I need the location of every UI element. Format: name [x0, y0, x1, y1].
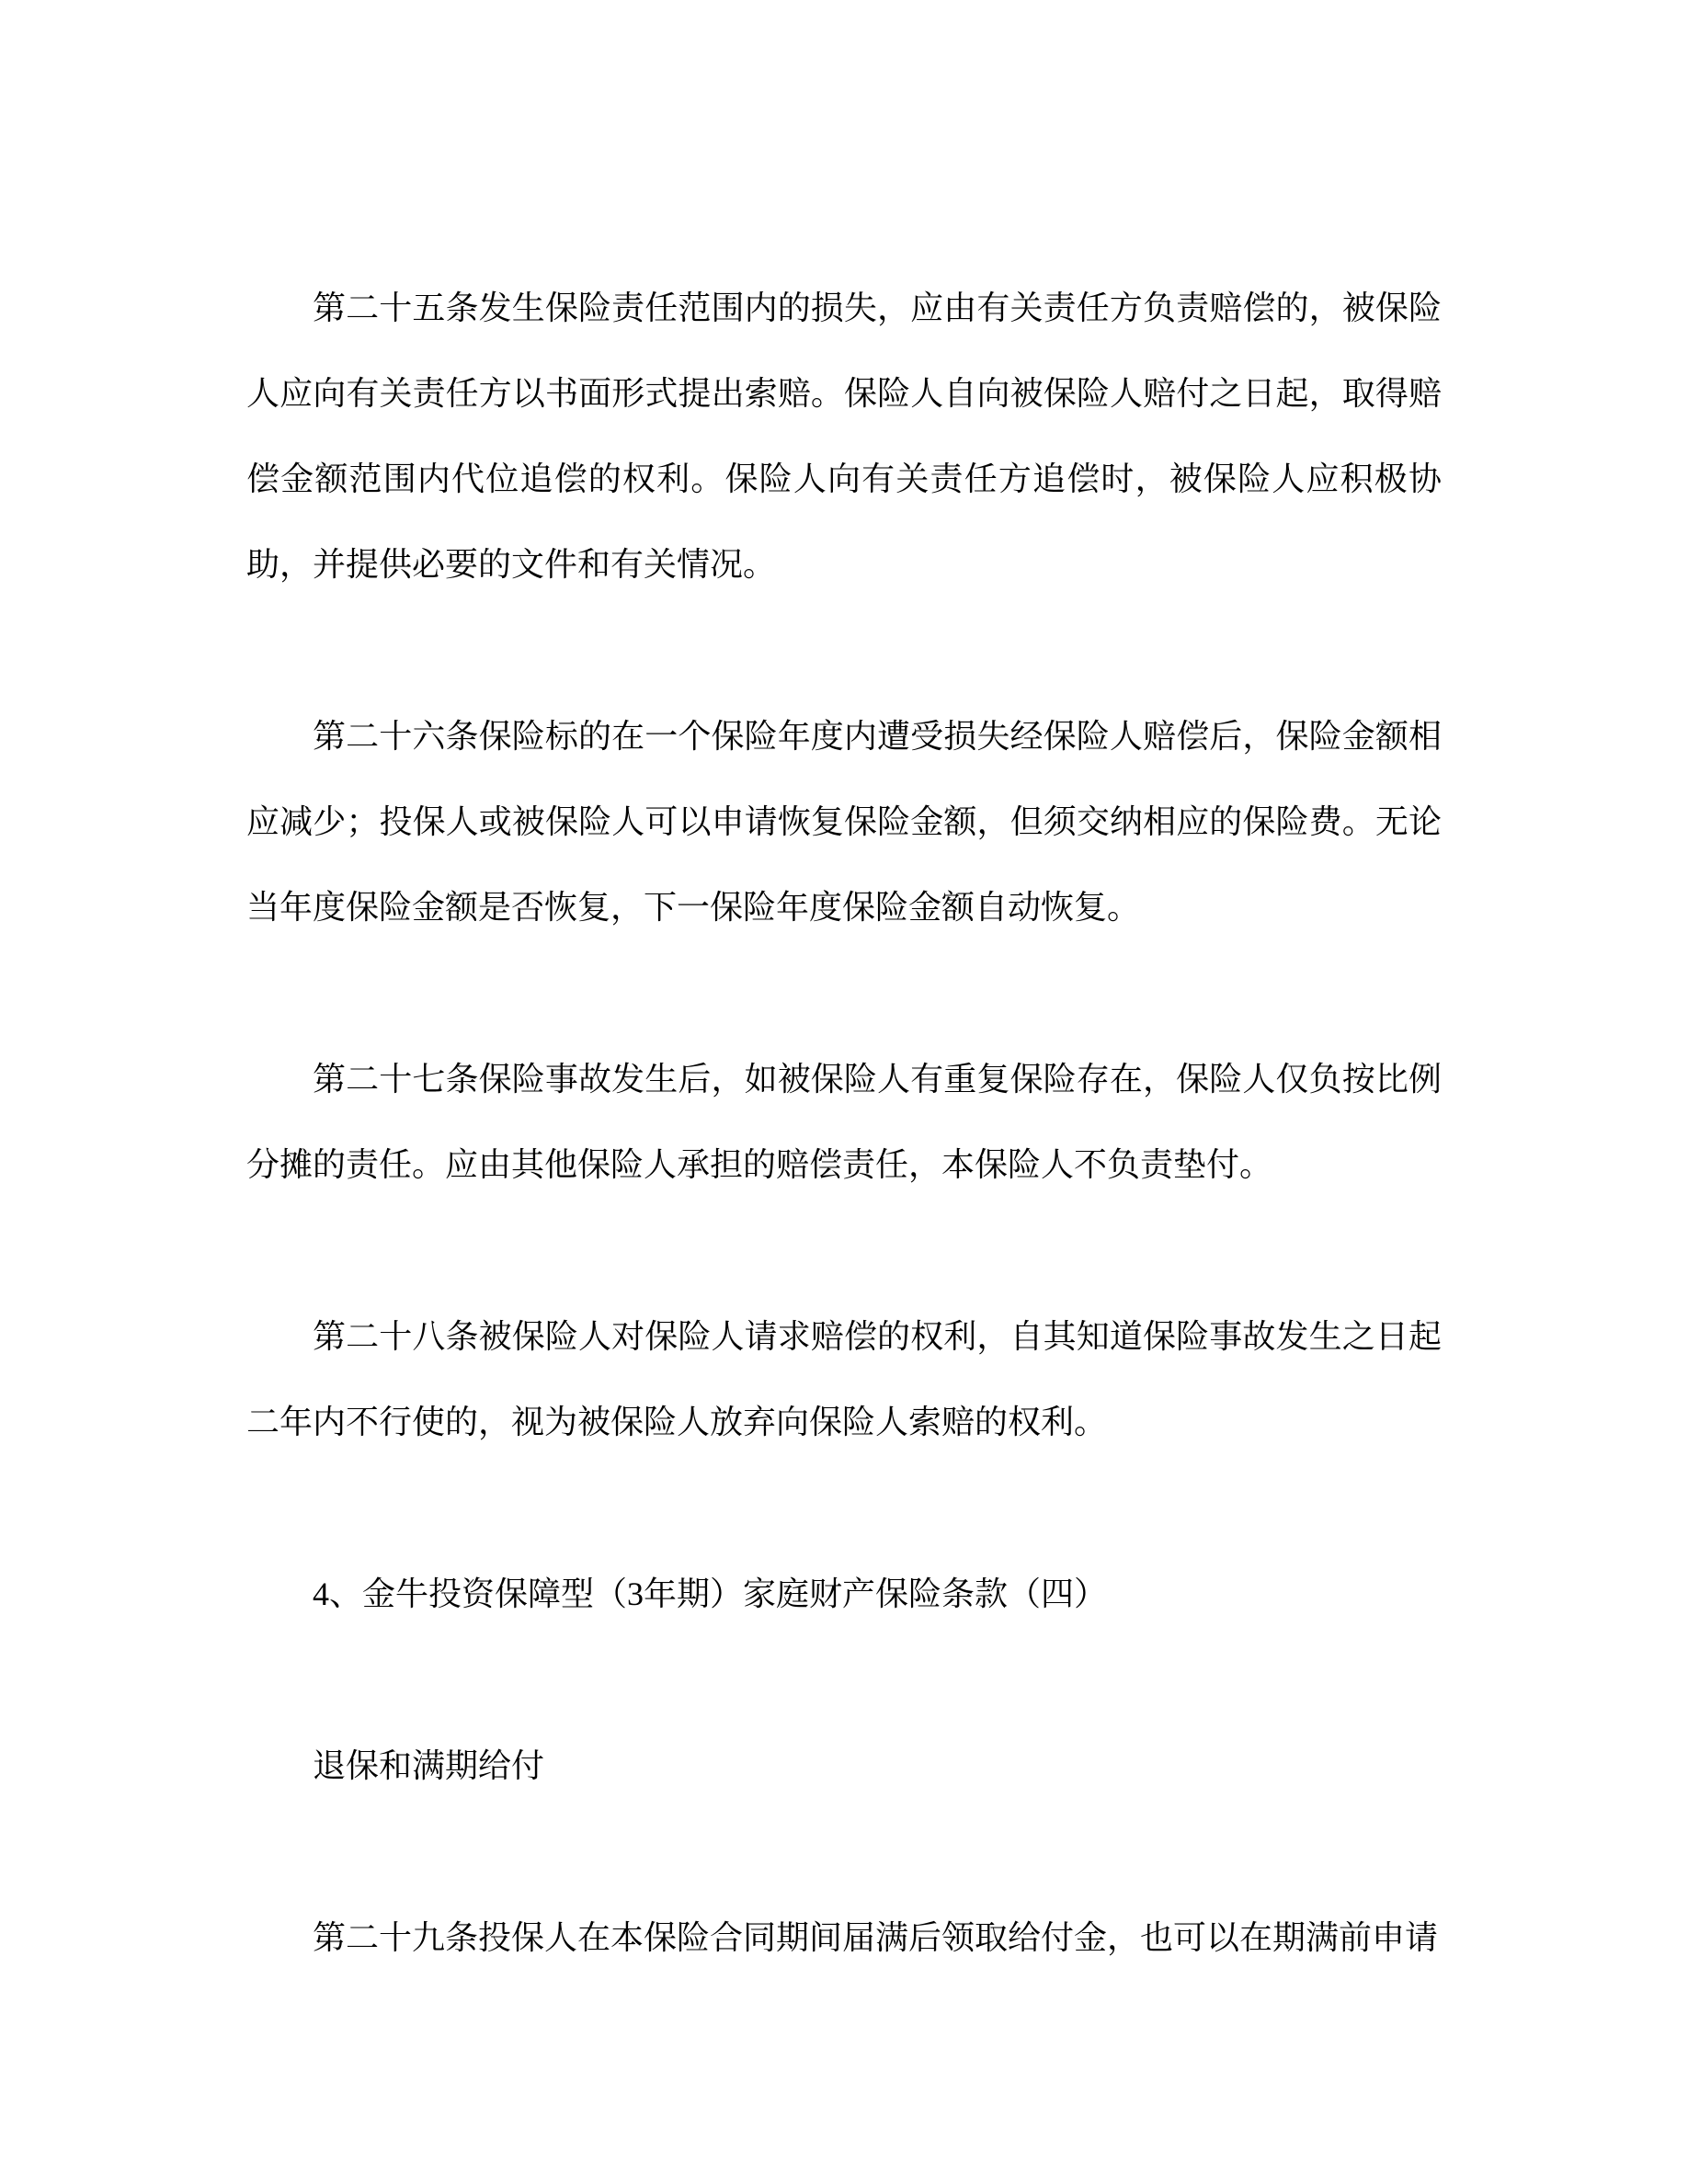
- surrender-and-maturity-subheading: 退保和满期给付: [246, 1723, 1442, 1809]
- clause-29-paragraph: 第二十九条投保人在本保险合同期间届满后领取给付金，也可以在期满前申请: [246, 1895, 1442, 1981]
- clause-27-paragraph: 第二十七条保险事故发生后，如被保险人有重复保险存在，保险人仅负按比例分摊的责任。…: [246, 1037, 1442, 1208]
- clause-26-paragraph: 第二十六条保险标的在一个保险年度内遭受损失经保险人赔偿后，保险金额相应减少；投保…: [246, 694, 1442, 950]
- clause-25-paragraph: 第二十五条发生保险责任范围内的损失，应由有关责任方负责赔偿的，被保险人应向有关责…: [246, 266, 1442, 608]
- section-4-heading: 4、金牛投资保障型（3年期）家庭财产保险条款（四）: [246, 1552, 1442, 1637]
- document-page: 第二十五条发生保险责任范围内的损失，应由有关责任方负责赔偿的，被保险人应向有关责…: [0, 0, 1688, 2184]
- clause-28-paragraph: 第二十八条被保险人对保险人请求赔偿的权利，自其知道保险事故发生之日起二年内不行使…: [246, 1294, 1442, 1465]
